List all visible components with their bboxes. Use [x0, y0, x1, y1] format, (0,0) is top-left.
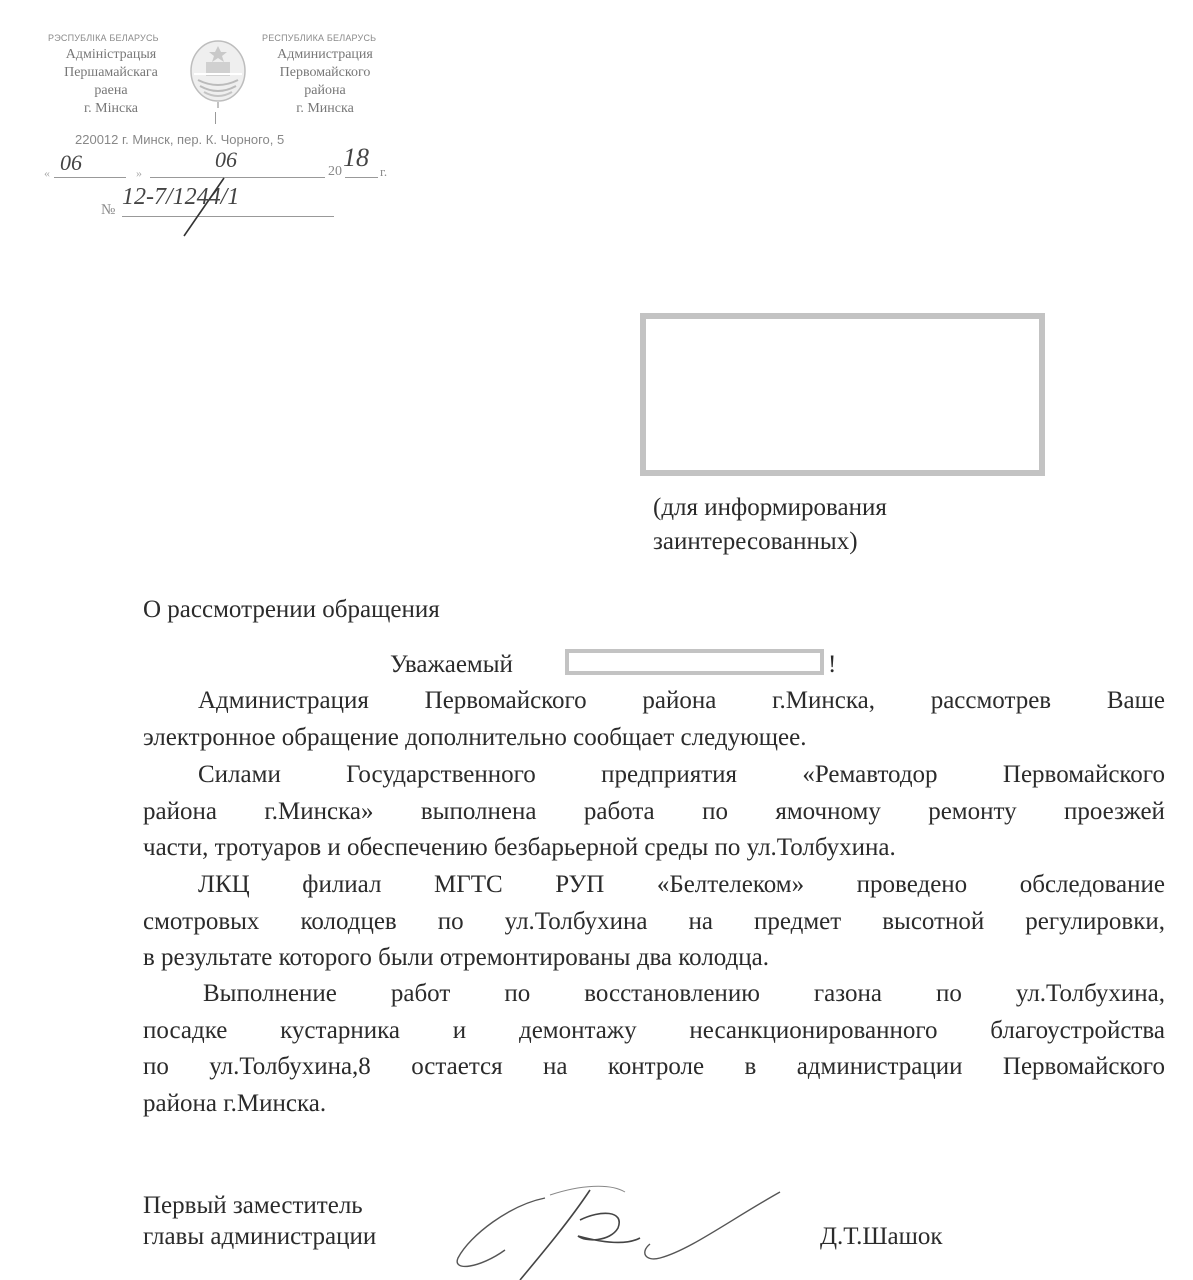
word: по: [702, 794, 728, 831]
word: администрации: [797, 1049, 963, 1086]
word: работ: [391, 976, 450, 1013]
word: ЛКЦ: [198, 867, 250, 904]
date-quote-close: »: [136, 166, 142, 181]
word: высотной: [882, 904, 984, 941]
word: по: [438, 904, 464, 941]
word: работа: [584, 794, 655, 831]
word: проведено: [857, 867, 968, 904]
body-p2-line2: районаг.Минска»выполненаработапоямочному…: [143, 794, 1165, 831]
body-p2-line1: СиламиГосударственногопредприятия«Ремавт…: [143, 757, 1165, 794]
word: Выполнение: [203, 976, 337, 1013]
word: Ваше: [1107, 683, 1165, 720]
word: регулировки,: [1025, 904, 1165, 941]
word: благоустройства: [990, 1013, 1165, 1050]
letterhead-country-ru: РЕСПУБЛИКА БЕЛАРУСЬ: [262, 33, 376, 43]
letterhead-right-line4: г. Минска: [258, 100, 392, 118]
word: ул.Толбухина: [505, 904, 648, 941]
reg-number-prefix: №: [101, 202, 115, 219]
letterhead-left-line3: раена: [45, 82, 177, 100]
handwritten-signature-icon: [450, 1180, 800, 1280]
word: Силами: [198, 757, 281, 794]
signatory-title: Первый заместитель главы администрации: [143, 1190, 376, 1252]
body-p4-line3: поул.Толбухина,8остаетсянаконтролевадмин…: [143, 1049, 1165, 1086]
word: на: [543, 1049, 567, 1086]
body-p3-line1: ЛКЦфилиалМГТСРУП«Белтелеком»проведенообс…: [143, 867, 1165, 904]
recipient-note-line2: заинтересованных): [653, 525, 887, 559]
signatory-title-line1: Первый заместитель: [143, 1190, 376, 1221]
word: МГТС: [434, 867, 503, 904]
body-paragraph-3: ЛКЦфилиалМГТСРУП«Белтелеком»проведенообс…: [143, 867, 1165, 977]
word: остается: [411, 1049, 502, 1086]
word: смотровых: [143, 904, 259, 941]
body-p3-line3: в результате которого были отремонтирова…: [143, 940, 1165, 977]
letterhead-address: 220012 г. Минск, пер. К. Чорного, 5: [75, 132, 284, 147]
letterhead-left-line1: Адміністрацыя: [45, 46, 177, 64]
date-year-mark: г.: [380, 164, 387, 180]
state-emblem-icon: [186, 38, 250, 108]
word: по: [936, 976, 962, 1013]
date-quote-open: «: [44, 166, 50, 181]
word: по: [504, 976, 530, 1013]
word: восстановлению: [584, 976, 760, 1013]
word: Администрация: [198, 683, 369, 720]
letterhead-right-line3: района: [258, 82, 392, 100]
word: ул.Толбухина,8: [209, 1049, 371, 1086]
word: ремонту: [928, 794, 1016, 831]
letterhead-left-block: Адміністрацыя Першамайскага раена г. Мін…: [45, 46, 177, 118]
word: «Ремавтодор: [802, 757, 937, 794]
word: филиал: [302, 867, 381, 904]
salutation-exclamation: !: [828, 647, 836, 684]
body-paragraph-1: АдминистрацияПервомайскогорайонаг.Минска…: [143, 683, 1165, 756]
date-month: 06: [215, 147, 237, 173]
body-p1-line2: электронное обращение дополнительно сооб…: [143, 720, 1165, 757]
word: несанкционированного: [689, 1013, 937, 1050]
body-paragraph-2: СиламиГосударственногопредприятия«Ремавт…: [143, 757, 1165, 867]
word: выполнена: [421, 794, 537, 831]
word: по: [143, 1049, 169, 1086]
signatory-title-line2: главы администрации: [143, 1221, 376, 1252]
body-paragraph-4: Выполнениеработповосстановлениюгазонапоу…: [143, 976, 1165, 1122]
letterhead-country-by: РЭСПУБЛІКА БЕЛАРУСЬ: [48, 33, 159, 43]
word: газона: [814, 976, 882, 1013]
body-p4-line2: посадкекустарникаидемонтажунесанкциониро…: [143, 1013, 1165, 1050]
body-p3-line2: смотровыхколодцевпоул.Толбухинанапредмет…: [143, 904, 1165, 941]
word: предмет: [754, 904, 841, 941]
word: и: [453, 1013, 466, 1050]
date-year-suffix: 18: [343, 143, 369, 173]
word: контроле: [608, 1049, 704, 1086]
word: проезжей: [1064, 794, 1165, 831]
letterhead-right-line1: Администрация: [258, 46, 392, 64]
word: г.Минска,: [772, 683, 875, 720]
word: Первомайского: [425, 683, 587, 720]
word: ул.Толбухина,: [1016, 976, 1165, 1013]
word: района: [642, 683, 716, 720]
body-p4-line4: района г.Минска.: [143, 1086, 1165, 1123]
letterhead-left-line2: Першамайскага: [45, 64, 177, 82]
word: Первомайского: [1003, 757, 1165, 794]
body-p4-line1: Выполнениеработповосстановлениюгазонапоу…: [143, 976, 1165, 1013]
recipient-note: (для информирования заинтересованных): [653, 491, 887, 559]
date-year-prefix: 20: [328, 164, 342, 180]
word: Первомайского: [1003, 1049, 1165, 1086]
word: района: [143, 794, 217, 831]
letterhead-right-block: Администрация Первомайского района г. Ми…: [258, 46, 392, 118]
word: в: [745, 1049, 757, 1086]
recipient-note-line1: (для информирования: [653, 491, 887, 525]
word: демонтажу: [519, 1013, 637, 1050]
word: колодцев: [300, 904, 396, 941]
word: ямочному: [775, 794, 880, 831]
date-year-underline: [345, 177, 378, 178]
salutation-text: Уважаемый: [390, 647, 513, 684]
word: на: [688, 904, 712, 941]
body-p2-line3: части, тротуаров и обеспечению безбарьер…: [143, 830, 1165, 867]
word: кустарника: [280, 1013, 400, 1050]
body-p1-line1: АдминистрацияПервомайскогорайонаг.Минска…: [143, 683, 1165, 720]
letterhead-left-line4: г. Мінска: [45, 100, 177, 118]
salutation-name-redacted: [565, 649, 824, 675]
word: предприятия: [601, 757, 737, 794]
signatory-name: Д.Т.Шашок: [820, 1219, 943, 1256]
emblem-divider: [215, 112, 216, 124]
word: Государственного: [346, 757, 536, 794]
word: посадке: [143, 1013, 227, 1050]
word: г.Минска»: [264, 794, 373, 831]
date-day: 06: [60, 150, 82, 176]
word: РУП: [555, 867, 604, 904]
recipient-redacted-box: [640, 313, 1045, 476]
reg-number-slash-icon: [176, 176, 236, 238]
word: рассмотрев: [931, 683, 1051, 720]
word: «Белтелеком»: [657, 867, 804, 904]
word: обследование: [1020, 867, 1165, 904]
date-day-underline: [54, 177, 126, 178]
letterhead-right-line2: Первомайского: [258, 64, 392, 82]
subject-line: О рассмотрении обращения: [143, 592, 440, 629]
